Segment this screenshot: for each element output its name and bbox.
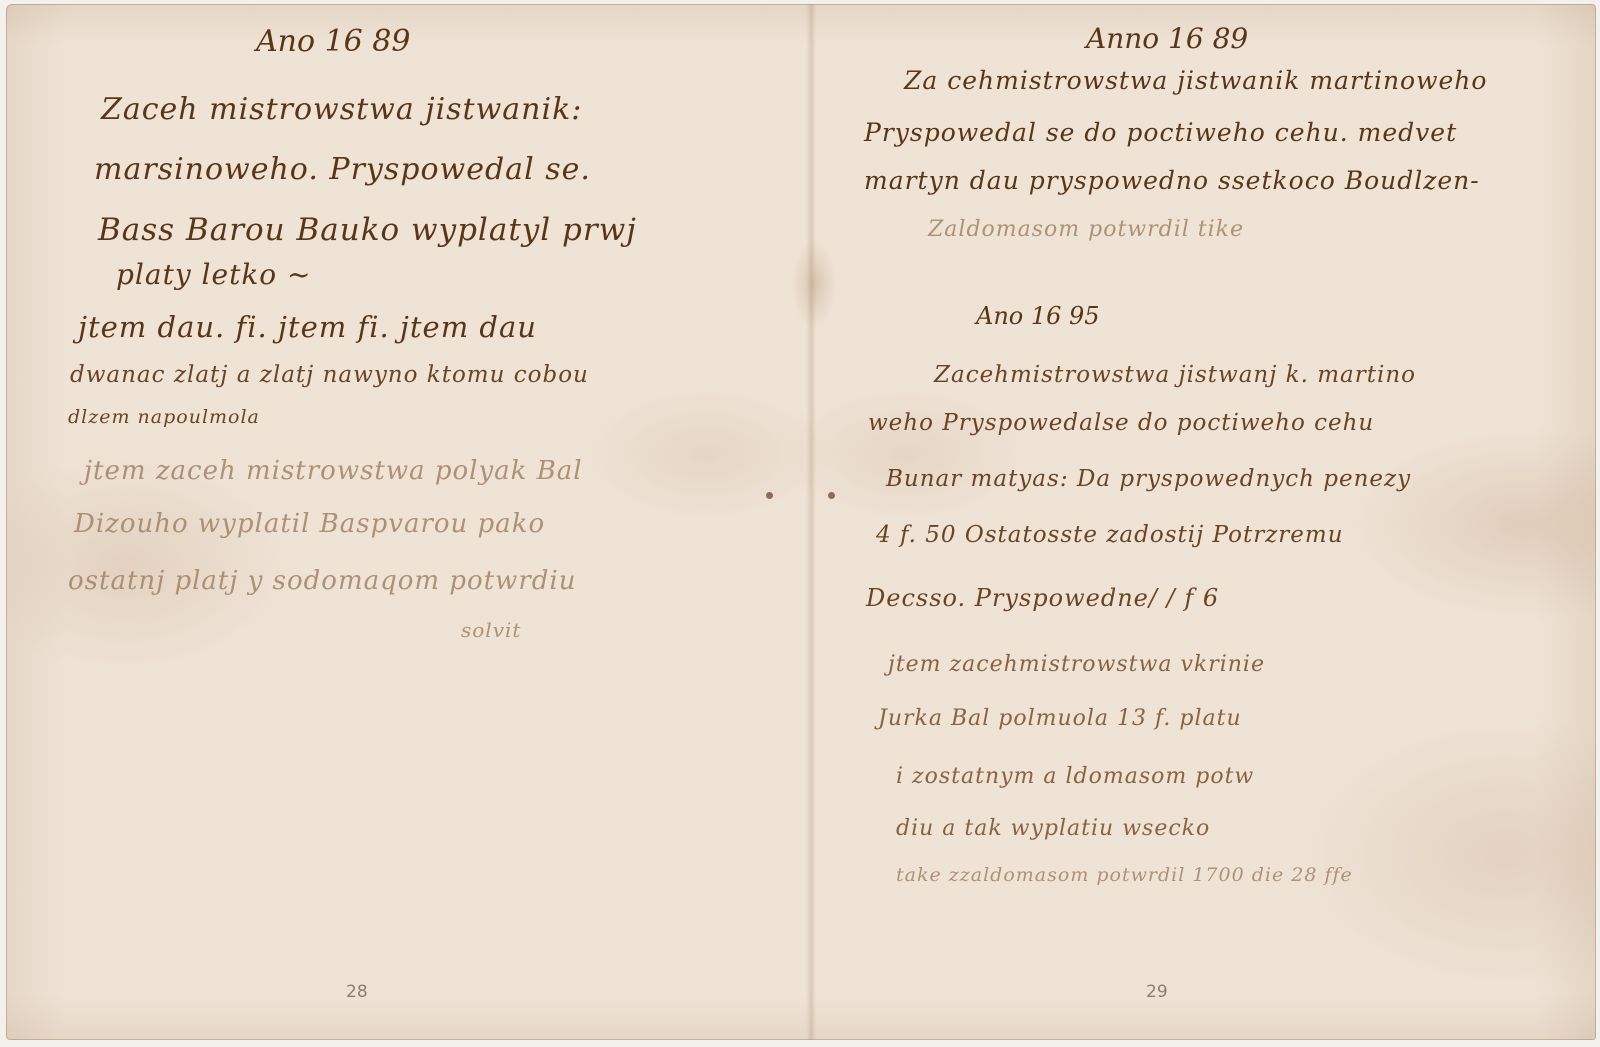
- right-line-7: 4 f. 50 Ostatosste zadostij Potrzremu: [876, 522, 1344, 548]
- right-line-1: Za cehmistrowstwa jistwanik martinoweho: [904, 66, 1487, 95]
- left-line-3: Bass Barou Bauko wyplatyl prwj: [98, 212, 637, 248]
- left-line-7: dlzem napoulmola: [68, 406, 260, 428]
- left-line-6: dwanac zlatj a zlatj nawyno ktomu cobou: [70, 362, 589, 388]
- left-line-5: jtem dau. fi. jtem fi. jtem dau: [78, 310, 537, 344]
- left-faint-line-4: solvit: [461, 618, 521, 642]
- ink-blot: [766, 492, 773, 499]
- page-number-right: 29: [1146, 982, 1168, 1002]
- left-faint-line-2: Dizouho wyplatil Baspvarou pako: [74, 509, 545, 539]
- right-line-8: Decsso. Pryspowedne/ / f 6: [866, 584, 1219, 612]
- page-fold: [806, 4, 816, 1040]
- right-faint-line-1: Zaldomasom potwrdil tike: [928, 217, 1244, 242]
- right-line-3: martyn dau pryspowedno ssetkoco Boudlzen…: [864, 166, 1480, 195]
- right-line-4: Zacehmistrowstwa jistwanj k. martino: [934, 362, 1416, 388]
- left-page-heading: Ano 16 89: [256, 24, 410, 59]
- right-line-2: Pryspowedal se do poctiweho cehu. medvet: [864, 118, 1457, 147]
- right-faint-line-5: diu a tak wyplatiu wsecko: [896, 816, 1210, 841]
- manuscript-spread: Ano 16 89 Zaceh mistrowstwa jistwanik: m…: [6, 4, 1596, 1040]
- left-page: Ano 16 89 Zaceh mistrowstwa jistwanik: m…: [6, 4, 806, 1040]
- right-page-heading-2: Ano 16 95: [976, 302, 1100, 330]
- right-page: Anno 16 89 Za cehmistrowstwa jistwanik m…: [816, 4, 1596, 1040]
- left-line-4: platy letko ~: [116, 258, 312, 291]
- right-faint-line-6: take zzaldomasom potwrdil 1700 die 28 ff…: [896, 864, 1353, 886]
- left-line-2: marsinoweho. Pryspowedal se.: [94, 152, 591, 187]
- right-faint-line-4: i zostatnym a ldomasom potw: [896, 764, 1254, 789]
- right-line-5: weho Pryspowedalse do poctiweho cehu: [868, 410, 1374, 436]
- left-line-1: Zaceh mistrowstwa jistwanik:: [101, 92, 582, 127]
- left-faint-line-1: jtem zaceh mistrowstwa polyak Bal: [84, 456, 583, 486]
- right-faint-line-2: jtem zacehmistrowstwa vkrinie: [888, 652, 1265, 677]
- page-number-left: 28: [346, 982, 368, 1002]
- left-faint-line-3: ostatnj platj y sodomaqom potwrdiu: [68, 566, 576, 596]
- right-page-heading: Anno 16 89: [1086, 22, 1248, 55]
- right-faint-line-3: Jurka Bal polmuola 13 f. platu: [878, 706, 1242, 731]
- ink-blot: [828, 492, 835, 499]
- right-line-6: Bunar matyas: Da pryspowednych penezy: [886, 466, 1411, 492]
